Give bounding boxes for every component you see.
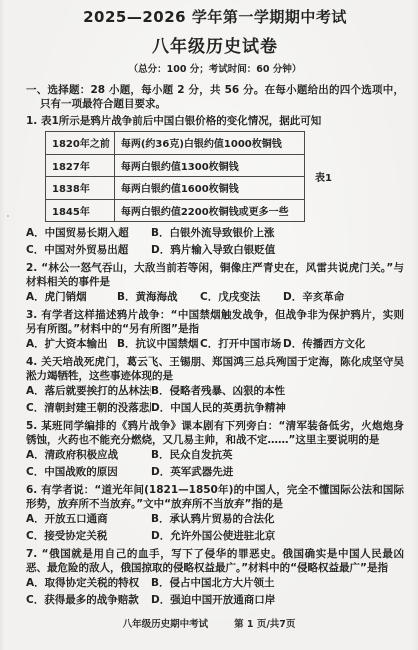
option-b: B．抗议中国禁烟	[117, 336, 200, 353]
table-cell-value: 每两白银约值1600枚铜钱	[114, 177, 304, 200]
question-stem: “俄国就是用自己的血手，写下了侵华的罪恶史。俄国确实是中国人民最凶恶、最危险的敌…	[26, 548, 404, 574]
question-7: 7. “俄国就是用自己的血手，写下了侵华的罪恶史。俄国确实是中国人民最凶恶、最危…	[26, 547, 404, 609]
question-number: 2.	[26, 262, 37, 274]
table-cell-period: 1820年之前	[46, 132, 115, 155]
option-c: C．中国战败的原因	[26, 464, 151, 481]
question-stem: 有学者这样描述鸦片战争：“中国禁烟触发战争，但战争非为保护鸦片，实则另有所图。”…	[26, 309, 404, 335]
footer-page-info: 第 1 页/共7页	[234, 619, 295, 630]
option-c: C．获得最多的战争赔款	[26, 592, 151, 609]
table-cell-value: 每两(约36克)白银约值1000枚铜钱	[114, 132, 304, 155]
question-stem: 表1所示是鸦片战争前后中国白银价格的变化情况，据此可知	[41, 115, 321, 127]
option-a: A．取得协定关税的特权	[26, 575, 151, 592]
option-d: D．传播西方文化	[283, 336, 404, 353]
option-c: C．戊戌变法	[200, 289, 283, 306]
option-d: D．允许外国公使进驻北京	[151, 528, 404, 545]
scan-line-artifact	[201, 501, 202, 508]
table-row: 1838年 每两白银约值1600枚铜钱	[46, 177, 305, 200]
question-stem: 有学者说：“道光年间(1821—1850年)的中国人，完全不懂国际公法和国际形势…	[26, 484, 404, 510]
question-text: 6. 有学者说：“道光年间(1821—1850年)的中国人，完全不懂国际公法和国…	[26, 483, 404, 511]
scan-speck	[7, 215, 9, 217]
table-cell-period: 1827年	[46, 154, 115, 177]
option-a: A．落后就要挨打的丛林法则	[26, 383, 151, 400]
footer-exam-name: 八年级历史期中考试	[123, 619, 209, 630]
option-b: B．侵略者残暴、凶狠的本性	[151, 383, 404, 400]
option-a: A．清政府积极应战	[26, 447, 151, 464]
option-b: B．承认鸦片贸易的合法化	[151, 511, 404, 528]
option-b: B．白银外流导致银价上涨	[151, 225, 404, 242]
option-d: D．鸦片输入导致白银贬值	[151, 242, 404, 259]
question-1: 1. 表1所示是鸦片战争前后中国白银价格的变化情况，据此可知 1820年之前 每…	[26, 114, 404, 259]
option-d: D．辛亥革命	[283, 289, 404, 306]
exam-title: 2025—2026 学年第一学期期中考试	[26, 8, 404, 26]
table-cell-value: 每两白银约值2200枚铜钱或更多一些	[114, 199, 304, 222]
question-text: 4. 关天培战死虎门，葛云飞、王锡朋、郑国鸿三总兵殉国于定海，陈化成坚守吴淞力竭…	[26, 355, 404, 383]
question-2: 2. “林公一怒气吞山，大敌当前若等闲，铜像庄严青史在，风雷共说虎门关。”与材料…	[26, 261, 404, 306]
option-c: C．清朝封建王朝的没落悲剧	[26, 400, 151, 417]
question-text: 3. 有学者这样描述鸦片战争：“中国禁烟触发战争，但战争非为保护鸦片，实则另有所…	[26, 308, 404, 336]
table-row: 1845年 每两白银约值2200枚铜钱或更多一些	[46, 199, 305, 222]
option-c: C．中国对外贸易出超	[26, 242, 151, 259]
page-header: 2025—2026 学年第一学期期中考试 八年级历史试卷 （总分：100 分；考…	[26, 8, 404, 76]
question-text: 7. “俄国就是用自己的血手，写下了侵华的罪恶史。俄国确实是中国人民最凶恶、最危…	[26, 547, 404, 575]
question-4: 4. 关天培战死虎门，葛云飞、王锡朋、郑国鸿三总兵殉国于定海，陈化成坚守吴淞力竭…	[26, 355, 404, 417]
question-stem: “林公一怒气吞山，大敌当前若等闲，铜像庄严青史在，风雷共说虎门关。”与材料相关的…	[26, 262, 404, 288]
table-cell-value: 每两白银约值1300枚铜钱	[114, 154, 304, 177]
table-row: 1820年之前 每两(约36克)白银约值1000枚铜钱	[46, 132, 305, 155]
option-d: D．中国人民的英勇抗争精神	[151, 400, 404, 417]
question-number: 1.	[26, 115, 37, 127]
options: A．清政府积极应战 B．民众自发抗英 C．中国战败的原因 D．英军武器先进	[26, 447, 404, 481]
question-stem: 关天培战死虎门，葛云飞、王锡朋、郑国鸿三总兵殉国于定海，陈化成坚守吴淞力竭牺牲，…	[26, 356, 404, 382]
exam-subtitle: 八年级历史试卷	[26, 36, 404, 58]
options: A．中国贸易长期入超 B．白银外流导致银价上涨 C．中国对外贸易出超 D．鸦片输…	[26, 225, 404, 259]
exam-page: 2025—2026 学年第一学期期中考试 八年级历史试卷 （总分：100 分；考…	[0, 0, 418, 650]
option-b: B．黄海海战	[117, 289, 200, 306]
options: A．虎门销烟 B．黄海海战 C．戊戌变法 D．辛亥革命	[26, 289, 404, 306]
question-text: 1. 表1所示是鸦片战争前后中国白银价格的变化情况，据此可知	[26, 114, 404, 128]
option-a: A．中国贸易长期入超	[26, 225, 151, 242]
question-number: 7.	[26, 548, 37, 560]
table-cell-period: 1845年	[46, 199, 115, 222]
table-cell-period: 1838年	[46, 177, 115, 200]
option-c: C．接受协定关税	[26, 528, 151, 545]
option-c: C．打开中国市场	[200, 336, 283, 353]
page-footer: 八年级历史期中考试第 1 页/共7页	[0, 616, 418, 630]
question-6: 6. 有学者说：“道光年间(1821—1850年)的中国人，完全不懂国际公法和国…	[26, 483, 404, 545]
exam-info: （总分：100 分；考试时间：60 分钟）	[26, 64, 404, 76]
options: A．开放五口通商 B．承认鸦片贸易的合法化 C．接受协定关税 D．允许外国公使进…	[26, 511, 404, 545]
question-number: 3.	[26, 309, 37, 321]
table-caption: 表1	[315, 169, 332, 184]
question-5: 5. 某班同学编排的《鸦片战争》课本剧有下列旁白：“清军装备低劣，火炮炮身锈蚀，…	[26, 419, 404, 481]
option-a: A．开放五口通商	[26, 511, 151, 528]
option-b: B．民众自发抗英	[151, 447, 404, 464]
question-number: 5.	[26, 420, 37, 432]
option-a: A．虎门销烟	[26, 289, 117, 306]
option-b: B．侵占中国北方大片领土	[151, 575, 404, 592]
silver-price-table-wrap: 1820年之前 每两(约36克)白银约值1000枚铜钱 1827年 每两白银约值…	[45, 131, 404, 222]
options: A．落后就要挨打的丛林法则 B．侵略者残暴、凶狠的本性 C．清朝封建王朝的没落悲…	[26, 383, 404, 417]
question-number: 6.	[26, 484, 37, 496]
silver-price-table: 1820年之前 每两(约36克)白银约值1000枚铜钱 1827年 每两白银约值…	[45, 131, 305, 222]
question-number: 4.	[26, 356, 37, 368]
option-d: D．强迫中国开放通商口岸	[151, 592, 404, 609]
question-text: 2. “林公一怒气吞山，大敌当前若等闲，铜像庄严青史在，风雷共说虎门关。”与材料…	[26, 261, 404, 289]
option-d: D．英军武器先进	[151, 464, 404, 481]
options: A．取得协定关税的特权 B．侵占中国北方大片领土 C．获得最多的战争赔款 D．强…	[26, 575, 404, 609]
question-text: 5. 某班同学编排的《鸦片战争》课本剧有下列旁白：“清军装备低劣，火炮炮身锈蚀，…	[26, 419, 404, 447]
question-stem: 某班同学编排的《鸦片战争》课本剧有下列旁白：“清军装备低劣，火炮炮身锈蚀，火药也…	[26, 420, 404, 446]
table-row: 1827年 每两白银约值1300枚铜钱	[46, 154, 305, 177]
section-intro: 一、选择题：28 小题，每小题 2 分，共 56 分。在每小题给出的四个选项中，…	[26, 83, 404, 111]
options: A．扩大资本输出 B．抗议中国禁烟 C．打开中国市场 D．传播西方文化	[26, 336, 404, 353]
option-a: A．扩大资本输出	[26, 336, 117, 353]
question-3: 3. 有学者这样描述鸦片战争：“中国禁烟触发战争，但战争非为保护鸦片，实则另有所…	[26, 308, 404, 353]
